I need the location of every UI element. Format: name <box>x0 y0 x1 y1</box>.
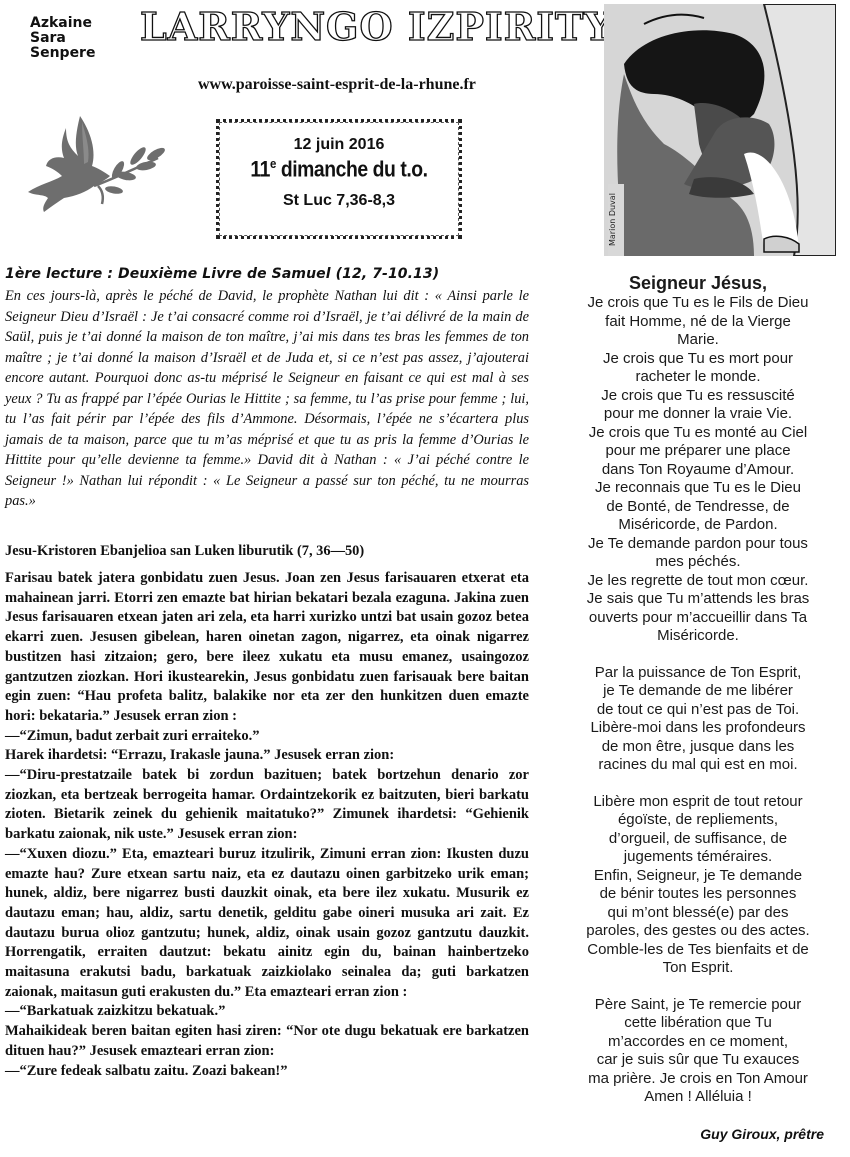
parish-names: Azkaine Sara Senpere <box>30 16 95 61</box>
prayer-stanza: Par la puissance de Ton Esprit, je Te de… <box>562 664 834 775</box>
prayer-line: Par la puissance de Ton Esprit, <box>562 664 834 683</box>
sunday-title: 11e dimanche du t.o. <box>233 156 444 182</box>
prayer-line: Enfin, Seigneur, je Te demande <box>562 867 834 886</box>
prayer-line: de mon être, jusque dans les <box>562 738 834 757</box>
prayer-stanza: Je crois que Tu es le Fils de Dieu fait … <box>562 294 834 646</box>
parish-name: Sara <box>30 31 95 46</box>
website-link[interactable]: www.paroisse-saint-esprit-de-la-rhune.fr <box>198 76 558 94</box>
gospel-paragraph: —“Diru-prestatzaile batek bi zordun bazi… <box>5 766 529 845</box>
prayer-line: Marie. <box>562 331 834 350</box>
sunday-label: dimanche du t.o. <box>281 156 428 181</box>
prayer-line: mes péchés. <box>562 553 834 572</box>
prayer-line: qui m’ont blessé(e) par des <box>562 904 834 923</box>
prayer: Seigneur Jésus, Je crois que Tu es le Fi… <box>562 272 834 1125</box>
prayer-line: pour me préparer une place <box>562 442 834 461</box>
gospel-paragraph: —“Barkatuak zaizkitzu bekatuak.” <box>5 1002 529 1022</box>
prayer-line: égoïste, de repliements, <box>562 811 834 830</box>
prayer-line: dans Ton Royaume d’Amour. <box>562 461 834 480</box>
prayer-line: Je crois que Tu es mort pour <box>562 350 834 369</box>
first-reading-title: 1ère lecture : Deuxième Livre de Samuel … <box>5 266 535 282</box>
prayer-line: Je crois que Tu es le Fils de Dieu <box>562 294 834 313</box>
date-box: 12 juin 2016 11e dimanche du t.o. St Luc… <box>216 119 462 239</box>
prayer-line: m’accordes en ce moment, <box>562 1033 834 1052</box>
gospel-paragraph: —“Zimun, badut zerbait zuri erraiteko.” <box>5 727 529 747</box>
gospel-title: Jesu-Kristoren Ebanjelioa san Luken libu… <box>5 543 535 560</box>
date: 12 juin 2016 <box>219 136 459 154</box>
prayer-line: pour me donner la vraie Vie. <box>562 405 834 424</box>
prayer-line: je Te demande de me libérer <box>562 682 834 701</box>
prayer-line: Je crois que Tu es ressuscité <box>562 387 834 406</box>
prayer-line: Père Saint, je Te remercie pour <box>562 996 834 1015</box>
prayer-line: cette libération que Tu <box>562 1014 834 1033</box>
first-reading-text: En ces jours-là, après le péché de David… <box>5 286 529 512</box>
gospel-paragraph: —“Xuxen diozu.” Eta, emazteari buruz itz… <box>5 845 529 1003</box>
prayer-title: Seigneur Jésus, <box>562 272 834 294</box>
parish-name: Azkaine <box>30 16 95 31</box>
gospel-paragraph: Mahaikideak beren baitan egiten hasi zir… <box>5 1022 529 1061</box>
illustration-woman-anointing-feet: Marion Duval <box>604 4 836 256</box>
gospel-paragraph: —“Zure fedeak salbatu zaitu. Zoazi bakea… <box>5 1062 529 1082</box>
sunday-number: 11 <box>250 156 270 181</box>
dove-with-olive-branch-icon <box>18 112 168 212</box>
prayer-line: Je reconnais que Tu es le Dieu <box>562 479 834 498</box>
prayer-line: de tout ce qui n’est pas de Toi. <box>562 701 834 720</box>
prayer-line: Je Te demande pardon pour tous <box>562 535 834 554</box>
prayer-line: Comble-les de Tes bienfaits et de <box>562 941 834 960</box>
masthead-title: LARRYNGO IZPIRITY SAINDYA <box>140 2 585 52</box>
sunday-suffix: e <box>270 156 276 171</box>
prayer-line: de Bonté, de Tendresse, de <box>562 498 834 517</box>
prayer-line: Miséricorde, de Pardon. <box>562 516 834 535</box>
prayer-line: Libère-moi dans les profondeurs <box>562 719 834 738</box>
prayer-line: jugements téméraires. <box>562 848 834 867</box>
prayer-line: racheter le monde. <box>562 368 834 387</box>
prayer-line: d’orgueil, de suffisance, de <box>562 830 834 849</box>
prayer-line: Amen ! Alléluia ! <box>562 1088 834 1107</box>
prayer-line: Ton Esprit. <box>562 959 834 978</box>
prayer-line: fait Homme, né de la Vierge <box>562 313 834 332</box>
gospel-text: Farisau batek jatera gonbidatu zuen Jesu… <box>5 569 529 1081</box>
prayer-line: paroles, des gestes ou des actes. <box>562 922 834 941</box>
illustration-credit: Marion Duval <box>608 184 624 256</box>
gospel-reference: St Luc 7,36-8,3 <box>219 192 459 210</box>
prayer-line: Miséricorde. <box>562 627 834 646</box>
gospel-paragraph: Harek ihardetsi: “Errazu, Irakasle jauna… <box>5 746 529 766</box>
prayer-line: Libère mon esprit de tout retour <box>562 793 834 812</box>
prayer-line: de bénir toutes les personnes <box>562 885 834 904</box>
parish-name: Senpere <box>30 46 95 61</box>
prayer-line: ma prière. Je crois en Ton Amour <box>562 1070 834 1089</box>
prayer-stanza: Père Saint, je Te remercie pour cette li… <box>562 996 834 1107</box>
prayer-line: car je suis sûr que Tu exauces <box>562 1051 834 1070</box>
prayer-line: Je crois que Tu es monté au Ciel <box>562 424 834 443</box>
prayer-signature: Guy Giroux, prêtre <box>562 1126 824 1142</box>
prayer-stanza: Libère mon esprit de tout retour égoïste… <box>562 793 834 978</box>
prayer-line: ouverts pour m’accueillir dans Ta <box>562 609 834 628</box>
prayer-line: Je les regrette de tout mon cœur. <box>562 572 834 591</box>
prayer-line: racines du mal qui est en moi. <box>562 756 834 775</box>
prayer-line: Je sais que Tu m’attends les bras <box>562 590 834 609</box>
gospel-paragraph: Farisau batek jatera gonbidatu zuen Jesu… <box>5 569 529 727</box>
